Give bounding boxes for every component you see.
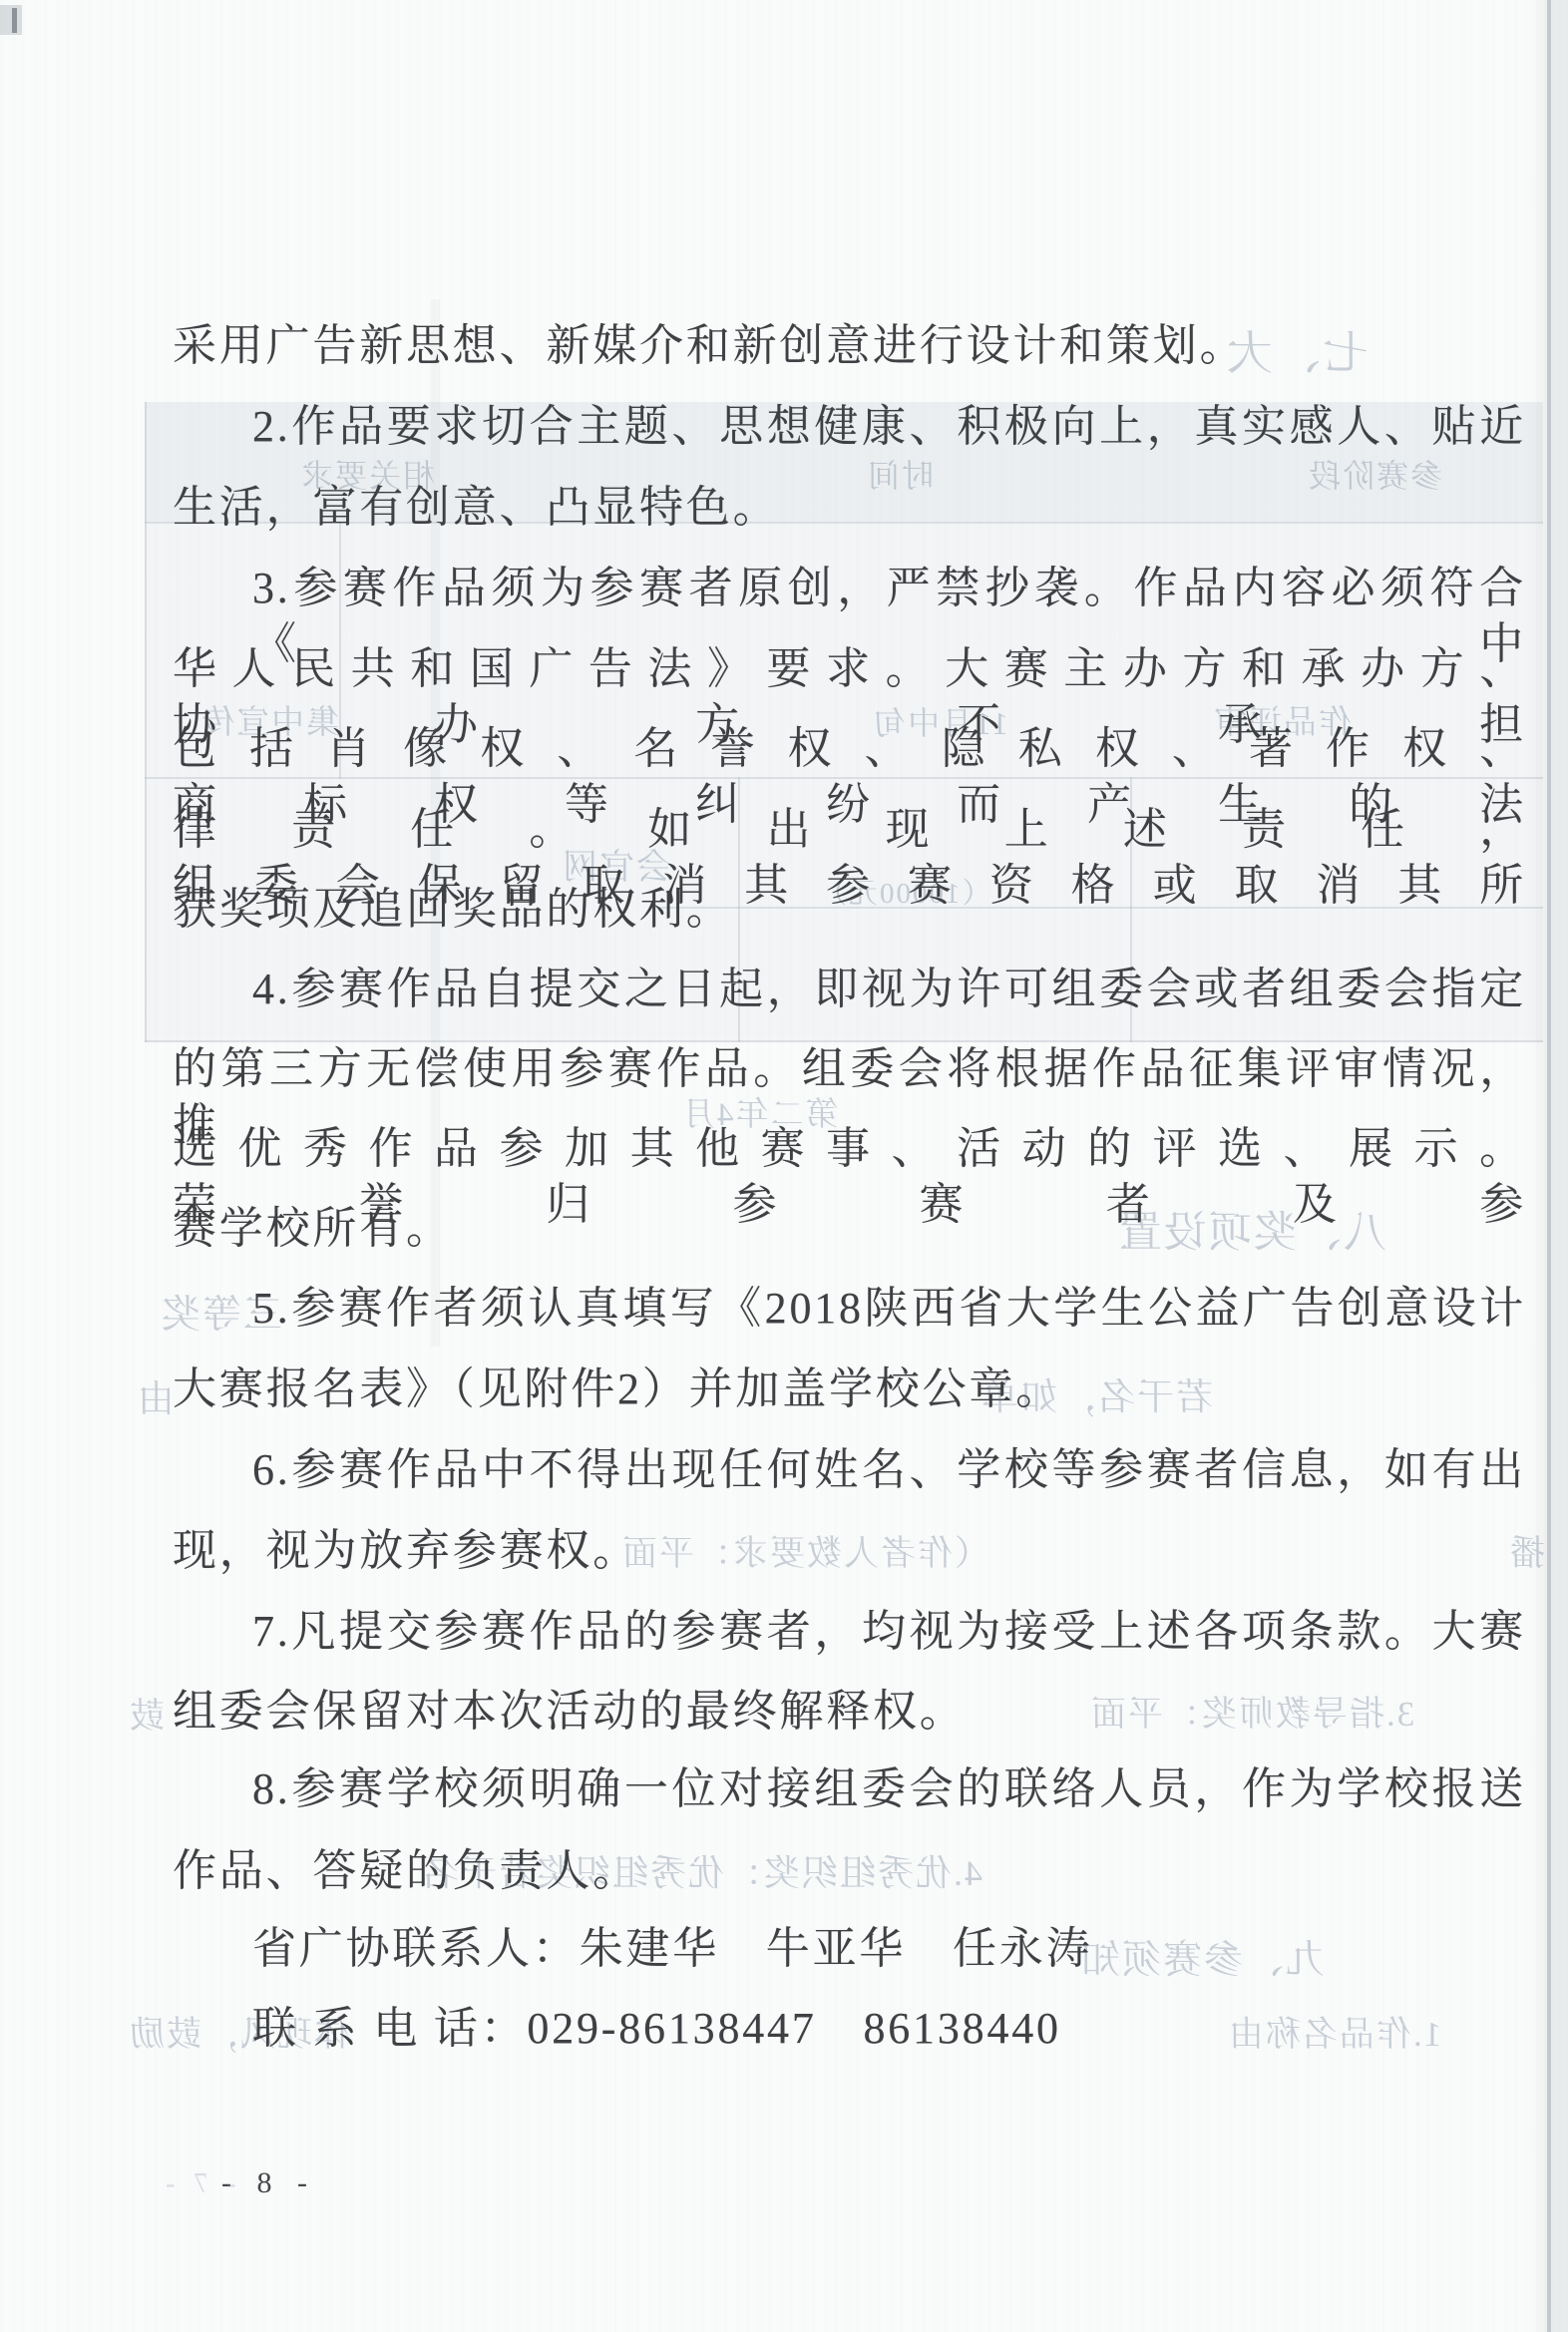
bleed-table-vline xyxy=(145,402,147,1042)
ghost-page-number-bleed: - 7 - xyxy=(160,2168,236,2200)
text-line: 选优秀作品参加其他赛事、活动的评选、展示。荣誉归参赛者及参 xyxy=(173,1121,1526,1179)
text-line: 8.参赛学校须明确一位对接组委会的联络人员，作为学校报送 xyxy=(173,1761,1526,1819)
text-line: 律责任。如出现上述责任，组委会保留取消其参赛资格或取消其所 xyxy=(173,802,1526,860)
text-line: 生活，富有创意、凸显特色。 xyxy=(173,480,1526,538)
text-line: 华人民共和国广告法》要求。大赛主办方和承办方、协办方不承担 xyxy=(173,641,1526,699)
text-line: 作品、答疑的负责人。 xyxy=(173,1843,1526,1901)
text-line: 大赛报名表》（见附件2）并加盖学校公章。 xyxy=(173,1361,1526,1419)
scanned-document-page: 七、大相关要求时间参赛阶段集中宣传11月中旬作品评审会官网（10000元）第二年… xyxy=(0,0,1568,2332)
text-line: 的第三方无偿使用参赛作品。组委会将根据作品征集评审情况，推 xyxy=(173,1041,1526,1099)
text-line: 省广协联系人：朱建华 牛亚华 任永涛 xyxy=(173,1921,1526,1979)
text-line: 赛学校所有。 xyxy=(173,1201,1526,1259)
scan-corner-artifact xyxy=(0,5,22,35)
bleed-through-text: 鼓 xyxy=(128,1689,165,1739)
text-line: 联 系 电 话：029-86138447 86138440 xyxy=(173,2001,1526,2059)
text-line: 3.参赛作品须为参赛者原创，严禁抄袭。作品内容必须符合《中 xyxy=(173,561,1526,618)
bleed-through-text: 由 xyxy=(136,1368,175,1422)
text-line: 4.参赛作品自提交之日起，即视为许可组委会或者组委会指定 xyxy=(173,962,1526,1019)
scan-corner-artifact-line xyxy=(12,8,17,33)
text-line: 获奖项及追回奖品的权利。 xyxy=(173,882,1526,940)
text-line: 采用广告新思想、新媒介和新创意进行设计和策划。 xyxy=(173,318,1526,376)
text-line: 包括肖像权、名誉权、隐私权、著作权、商标权等纠纷而产生的法 xyxy=(173,721,1526,779)
text-line: 2.作品要求切合主题、思想健康、积极向上，真实感人、贴近 xyxy=(173,399,1526,457)
paper-edge-shadow xyxy=(1529,0,1547,2332)
text-line: 7.凡提交参赛作品的参赛者，均视为接受上述各项条款。大赛 xyxy=(173,1604,1526,1662)
scanner-background-strip xyxy=(1551,0,1568,2332)
text-line: 现，视为放弃参赛权。 xyxy=(173,1523,1526,1581)
text-line: 组委会保留对本次活动的最终解释权。 xyxy=(173,1684,1526,1742)
text-line: 5.参赛作者须认真填写《2018陕西省大学生公益广告创意设计 xyxy=(173,1281,1526,1339)
text-line: 6.参赛作品中不得出现任何姓名、学校等参赛者信息，如有出 xyxy=(173,1442,1526,1500)
